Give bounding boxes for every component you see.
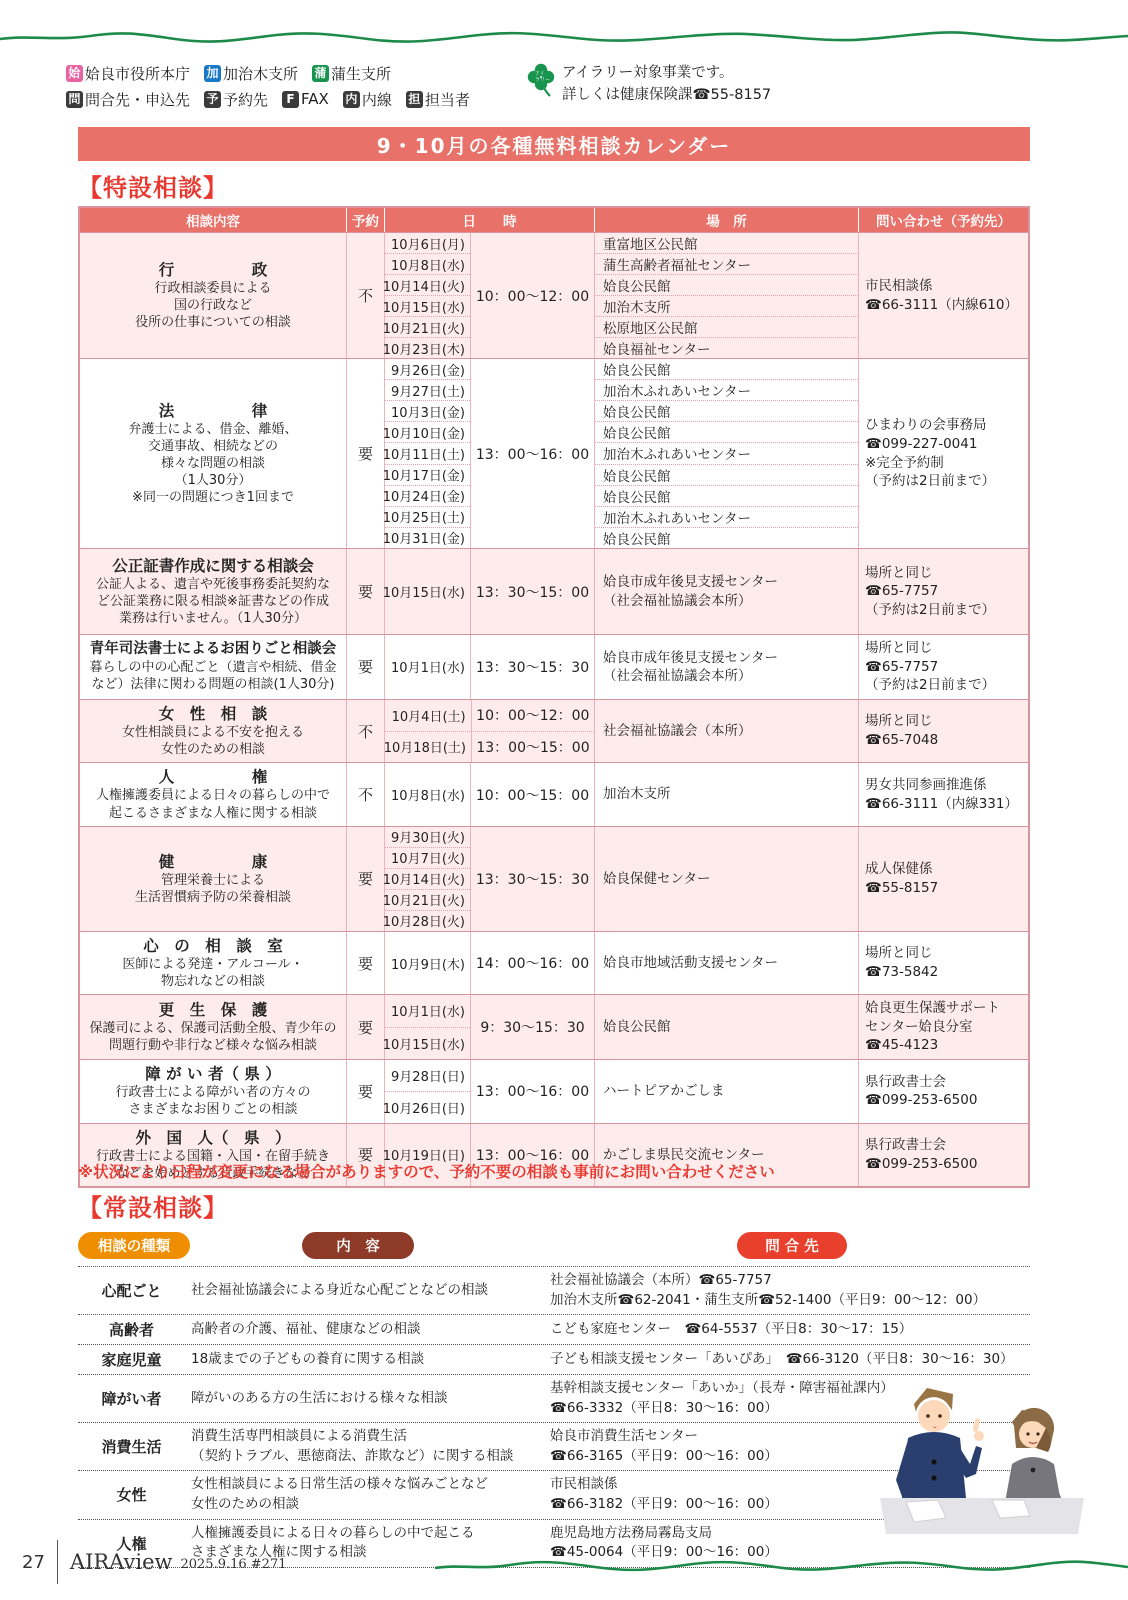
schedule-change-note: ※状況により日程が変更になる場合がありますので、予約不要の相談も事前にお問い合わ… — [78, 1160, 775, 1182]
pill-contact: 問 合 先 — [737, 1232, 847, 1259]
yoyaku-cell: 要 — [346, 827, 384, 931]
kamou-badge-icon: 蒲 — [312, 65, 329, 82]
yoyaku-cell: 要 — [346, 995, 384, 1059]
consult-contact: こども家庭センター ☎64-5537（平日8：30～17：15） — [550, 1319, 1030, 1340]
row-title: 心 の 相 談 室 — [143, 936, 283, 956]
dates-cell: 10月8日(水) — [384, 763, 470, 825]
places-cell: 社会福祉協議会（本所） — [594, 700, 858, 762]
table-row: 高齢者 高齢者の介護、福祉、健康などの相談 こども家庭センター ☎64-5537… — [78, 1314, 1030, 1344]
dates-cell: 10月15日(水) — [384, 549, 470, 634]
special-section-heading: 【特設相談】 — [78, 168, 228, 203]
issue-info: 2025.9.16 #271 — [180, 1557, 286, 1572]
col-header-contact: 問い合わせ（予約先） — [858, 208, 1028, 232]
legend-item-kajiki: 加加治木支所 — [204, 63, 298, 84]
consultants-illustration — [872, 1386, 1092, 1536]
table-row: 公正証書作成に関する相談会 公証人よる、遺言や死後事務委託契約な ど公証業務に限… — [80, 548, 1028, 634]
consult-contact: 子ども相談支援センター「あいぴあ」 ☎66-3120（平日8：30～16：30） — [550, 1349, 1030, 1370]
time-cell: 13：30～15：30 — [470, 635, 594, 699]
svg-text:ラリー: ラリー — [535, 77, 550, 83]
airary-line2: 詳しくは健康保険課☎55-8157 — [562, 84, 771, 106]
date-time-cell: 10月4日(土) 10：00～12：00 10月18日(土) 13：00～15：… — [384, 700, 594, 762]
contact-cell: 成人保健係 ☎55-8157 — [858, 827, 1028, 931]
footer-divider — [57, 1540, 58, 1584]
pill-content: 内 容 — [302, 1232, 414, 1259]
legend: 姶姶良市役所本庁 加加治木支所 蒲蒲生支所 問問合先・申込先 予予約先 FFAX… — [66, 60, 1066, 112]
consult-desc: 障がいのある方の生活における様々な相談 — [185, 1379, 550, 1418]
special-consultation-table: 相談内容 予約 日 時 場 所 問い合わせ（予約先） 行 政 行政相談委員による… — [78, 206, 1030, 1188]
dates-cell: 9月26日(金) 9月27日(土) 10月3日(金) 10月10日(金) 10月… — [384, 359, 470, 548]
row-title: 障 が い 者（ 県 ） — [145, 1064, 280, 1084]
legend-item-tantosha: 担担当者 — [406, 89, 470, 110]
dates-cell: 10月9日(木) — [384, 932, 470, 994]
contact-cell: 姶良更生保護サポート センター姶良分室 ☎45-4123 — [858, 995, 1028, 1059]
row-title: 外 国 人（ 県 ） — [135, 1128, 290, 1148]
consult-type: 女性 — [78, 1475, 185, 1514]
places-cell: 姶良市成年後見支援センター （社会福祉協議会本所） — [594, 549, 858, 634]
inquiry-badge-icon: 問 — [66, 91, 83, 108]
table-row: 更 生 保 護 保護司による、保護司活動全般、青少年の 問題行動や非行など様々な… — [80, 994, 1028, 1059]
places-cell: 加治木支所 — [594, 763, 858, 825]
contact-cell: ひまわりの会事務局 ☎099-227-0041 ※完全予約制 （予約は2日前まで… — [858, 359, 1028, 548]
consult-type: 家庭児童 — [78, 1349, 185, 1370]
pill-consult-type: 相談の種類 — [78, 1232, 190, 1259]
consult-type: 消費生活 — [78, 1427, 185, 1466]
legend-item-naisen: 内内線 — [343, 89, 392, 110]
row-title: 法 律 — [159, 401, 268, 421]
fax-badge-icon: F — [282, 91, 299, 108]
places-cell: 姶良保健センター — [594, 827, 858, 931]
contact-cell: 市民相談係 ☎66-3111（内線610） — [858, 233, 1028, 358]
table-row: 心 の 相 談 室 医師による発達・アルコール・ 物忘れなどの相談 要 10月9… — [80, 931, 1028, 994]
yoyaku-cell: 要 — [346, 635, 384, 699]
legend-item-toiawase: 問問合先・申込先 — [66, 89, 190, 110]
yoyaku-cell: 要 — [346, 549, 384, 634]
dates-cell: 10月1日(水) — [384, 635, 470, 699]
table-row: 人 権 人権擁護委員による日々の暮らしの中で 起こるさまざまな人権に関する相談 … — [80, 762, 1028, 825]
page-footer: 27 AIRAview 2025.9.16 #271 — [22, 1540, 286, 1584]
contact-cell: 場所と同じ ☎65-7048 — [858, 700, 1028, 762]
legend-item-honcho: 姶姶良市役所本庁 — [66, 63, 190, 84]
table-row: 家庭児童 18歳までの子どもの養育に関する相談 子ども相談支援センター「あいぴあ… — [78, 1344, 1030, 1374]
airary-line1: アイラリー対象事業です。 — [562, 62, 771, 84]
consult-desc: 社会福祉協議会による身近な心配ごとなどの相談 — [185, 1271, 550, 1310]
yoyaku-cell: 要 — [346, 1060, 384, 1122]
time-cell: 13：30～15：00 — [470, 549, 594, 634]
col-header-datetime: 日 時 — [384, 208, 594, 232]
time-cell: 13：00～16：00 — [470, 359, 594, 548]
dates-cell: 9月28日(日) 10月26日(日) — [384, 1060, 470, 1122]
table-row: 法 律 弁護士による、借金、離婚、 交通事故、相続などの 様々な問題の相談 （1… — [80, 358, 1028, 548]
consult-contact: 社会福祉協議会（本所）☎65-7757 加治木支所☎62-2041・蒲生支所☎5… — [550, 1271, 1030, 1310]
page-title: 9・10月の各種無料相談カレンダー — [78, 127, 1030, 161]
row-title: 青年司法書士によるお困りごと相談会 — [90, 640, 337, 659]
dates-cell: 10月1日(水) 10月15日(水) — [384, 995, 470, 1059]
page-number: 27 — [22, 1552, 45, 1573]
table-row: 青年司法書士によるお困りごと相談会 暮らしの中の心配ごと（遺言や相続、借金 など… — [80, 634, 1028, 699]
consult-type: 心配ごと — [78, 1271, 185, 1310]
table-row: 心配ごと 社会福祉協議会による身近な心配ごとなどの相談 社会福祉協議会（本所）☎… — [78, 1266, 1030, 1314]
table-row: 女 性 相 談 女性相談員による不安を抱える 女性のための相談 不 10月4日(… — [80, 699, 1028, 762]
time-cell: 14：00～16：00 — [470, 932, 594, 994]
consult-desc: 女性相談員による日常生活の様々な悩みごとなど 女性のための相談 — [185, 1475, 550, 1514]
consult-type: 障がい者 — [78, 1379, 185, 1418]
aira-badge-icon: 姶 — [66, 65, 83, 82]
consult-desc: 高齢者の介護、福祉、健康などの相談 — [185, 1319, 550, 1340]
contact-cell: 県行政書士会 ☎099-253-6500 — [858, 1060, 1028, 1122]
extension-badge-icon: 内 — [343, 91, 360, 108]
places-cell: ハートピアかごしま — [594, 1060, 858, 1122]
legend-item-yoyaku: 予予約先 — [204, 89, 268, 110]
table-row: 健 康 管理栄養士による 生活習慣病予防の栄養相談 要 9月30日(火) 10月… — [80, 826, 1028, 931]
consult-desc: 18歳までの子どもの養育に関する相談 — [185, 1349, 550, 1370]
yoyaku-cell: 要 — [346, 932, 384, 994]
col-header-yoyaku: 予約 — [346, 208, 384, 232]
places-cell: 重富地区公民館 蒲生高齢者福祉センター 姶良公民館 加治木支所 松原地区公民館 … — [594, 233, 858, 358]
airary-note: アイ ラリー アイラリー対象事業です。 詳しくは健康保険課☎55-8157 — [526, 60, 771, 112]
places-cell: 姶良公民館 — [594, 995, 858, 1059]
row-title: 健 康 — [159, 852, 268, 872]
regular-section-heading: 【常設相談】 — [78, 1188, 228, 1223]
time-cell: 10：00～15：00 — [470, 763, 594, 825]
dates-cell: 10月6日(月) 10月8日(水) 10月14日(火) 10月15日(水) 10… — [384, 233, 470, 358]
yoyaku-cell: 不 — [346, 233, 384, 358]
clover-icon: アイ ラリー — [526, 62, 556, 98]
places-cell: 姶良市地域活動支援センター — [594, 932, 858, 994]
time-cell: 13：30～15：30 — [470, 827, 594, 931]
yoyaku-cell: 要 — [346, 359, 384, 548]
consult-desc: 消費生活専門相談員による消費生活 （契約トラブル、悪徳商法、詐欺など）に関する相… — [185, 1427, 550, 1466]
contact-cell: 場所と同じ ☎73-5842 — [858, 932, 1028, 994]
kajiki-badge-icon: 加 — [204, 65, 221, 82]
time-cell: 13：00～16：00 — [470, 1060, 594, 1122]
contact-cell: 場所と同じ ☎65-7757 （予約は2日前まで） — [858, 635, 1028, 699]
table-row: 行 政 行政相談委員による 国の行政など 役所の仕事についての相談 不 10月6… — [80, 232, 1028, 358]
table-row: 障 が い 者（ 県 ） 行政書士による障がい者の方々の さまざまなお困りごとの… — [80, 1059, 1028, 1122]
magazine-title: AIRAview — [70, 1550, 173, 1574]
row-title: 行 政 — [159, 260, 268, 280]
yoyaku-cell: 不 — [346, 700, 384, 762]
bottom-wavy-line — [435, 1556, 1128, 1576]
contact-cell: 場所と同じ ☎65-7757 （予約は2日前まで） — [858, 549, 1028, 634]
col-header-content: 相談内容 — [80, 208, 346, 232]
staff-badge-icon: 担 — [406, 91, 423, 108]
consult-type: 高齢者 — [78, 1319, 185, 1340]
contact-cell: 県行政書士会 ☎099-253-6500 — [858, 1124, 1028, 1186]
reserve-badge-icon: 予 — [204, 91, 221, 108]
row-title: 女 性 相 談 — [159, 704, 268, 724]
table-header-row: 相談内容 予約 日 時 場 所 問い合わせ（予約先） — [80, 208, 1028, 232]
yoyaku-cell: 不 — [346, 763, 384, 825]
row-title: 更 生 保 護 — [159, 1000, 268, 1020]
time-cell: 10：00～12：00 — [470, 233, 594, 358]
time-cell: 9：30～15：30 — [470, 995, 594, 1059]
regular-table-header: 相談の種類 内 容 問 合 先 — [78, 1232, 1030, 1259]
legend-item-kamou: 蒲蒲生支所 — [312, 63, 391, 84]
places-cell: 姶良公民館 加治木ふれあいセンター 姶良公民館 姶良公民館 加治木ふれあいセンタ… — [594, 359, 858, 548]
row-title: 公正証書作成に関する相談会 — [112, 556, 314, 576]
dates-cell: 9月30日(火) 10月7日(火) 10月14日(火) 10月21日(火) 10… — [384, 827, 470, 931]
row-title: 人 権 — [159, 767, 268, 787]
col-header-place: 場 所 — [594, 208, 858, 232]
legend-item-fax: FFAX — [282, 90, 329, 108]
contact-cell: 男女共同参画推進係 ☎66-3111（内線331） — [858, 763, 1028, 825]
top-wavy-line — [0, 26, 1128, 46]
places-cell: 姶良市成年後見支援センター （社会福祉協議会本所） — [594, 635, 858, 699]
